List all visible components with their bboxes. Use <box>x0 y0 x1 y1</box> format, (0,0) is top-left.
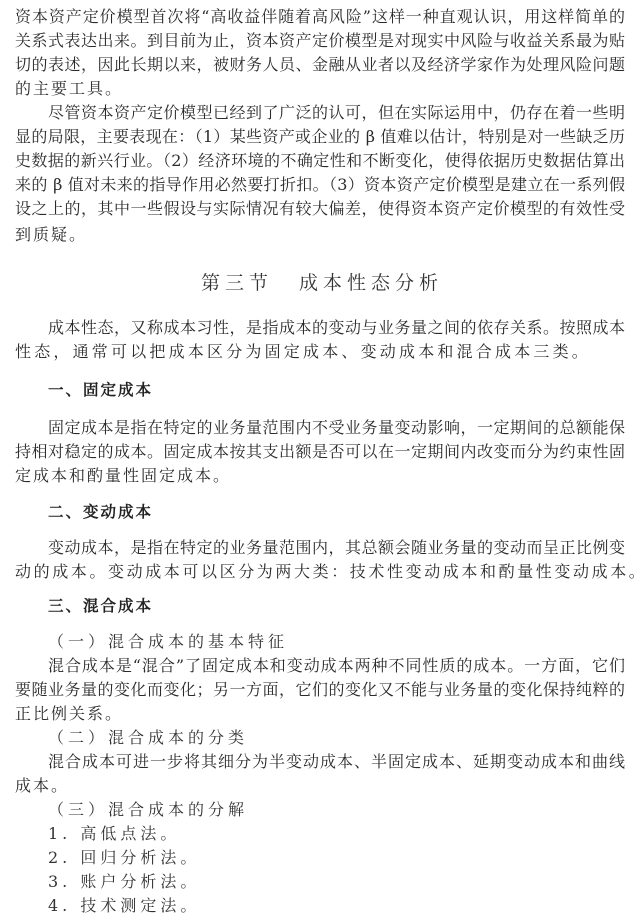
heading-variable-cost: 二、变动成本 <box>48 500 153 524</box>
text-line: 持相对稳定的成本。固定成本按其支出额是否可以在一定期间内改变而分为约束性固 <box>15 440 625 464</box>
text-line: 显的局限，主要表现在：（1）某些资产或企业的 β 值难以估计，特别是对一些缺乏历 <box>15 125 625 149</box>
text-line: 关系式表达出来。到目前为止，资本资产定价模型是对现实中风险与收益关系最为贴 <box>15 29 625 53</box>
text-line: 成本。 <box>15 774 625 798</box>
text-line: 来的 β 值对未来的指导作用必然要打折扣。（3）资本资产定价模型是建立在一系列假 <box>15 173 625 197</box>
text-line: 定成本和酌量性固定成本。 <box>15 464 625 488</box>
text-line: 混合成本是“混合”了固定成本和变动成本两种不同性质的成本。一方面，它们 <box>48 654 625 678</box>
text-line: 的主要工具。 <box>15 77 625 101</box>
list-item: 4. 技术测定法。 <box>48 894 200 915</box>
text-line: 成本性态，又称成本习性，是指成本的变动与业务量之间的依存关系。按照成本 <box>48 316 625 340</box>
text-line: 混合成本可进一步将其细分为半变动成本、半固定成本、延期变动成本和曲线 <box>48 750 625 774</box>
text-line: 设之上的，其中一些假设与实际情况有较大偏差，使得资本资产定价模型的有效性受 <box>15 197 625 221</box>
document-page: 资本资产定价模型首次将“高收益伴随着高风险”这样一种直观认识，用这样简单的 关系… <box>0 0 644 915</box>
subheading-mixed-features: （一）混合成本的基本特征 <box>48 630 288 654</box>
list-item: 3. 账户分析法。 <box>48 870 200 894</box>
heading-fixed-cost: 一、固定成本 <box>48 378 153 402</box>
heading-mixed-cost: 三、混合成本 <box>48 594 153 618</box>
text-line: 性态，通常可以把成本区分为固定成本、变动成本和混合成本三类。 <box>15 340 625 364</box>
section-number: 第三节 <box>201 272 273 294</box>
subheading-mixed-types: （二）混合成本的分类 <box>48 726 248 750</box>
text-line: 变动成本，是指在特定的业务量范围内，其总额会随业务量的变动而呈正比例变 <box>48 536 625 560</box>
text-line: 史数据的新兴行业。（2）经济环境的不确定性和不断变化，使得依据历史数据估算出 <box>15 149 625 173</box>
section-title: 第三节成本性态分析 <box>0 268 644 298</box>
list-item: 2. 回归分析法。 <box>48 846 200 870</box>
text-line: 固定成本是指在特定的业务量范围内不受业务量变动影响，一定期间的总额能保 <box>48 416 625 440</box>
section-name: 成本性态分析 <box>299 272 443 294</box>
text-line: 切的表述，因此长期以来，被财务人员、金融从业者以及经济学家作为处理风险问题 <box>15 53 625 77</box>
list-item: 1. 高低点法。 <box>48 822 180 846</box>
text-line: 到质疑。 <box>15 223 625 247</box>
text-line: 正比例关系。 <box>15 702 625 726</box>
text-line: 资本资产定价模型首次将“高收益伴随着高风险”这样一种直观认识，用这样简单的 <box>15 5 625 29</box>
text-line: 动的成本。变动成本可以区分为两大类：技术性变动成本和酌量性变动成本。 <box>15 560 625 584</box>
subheading-mixed-decomposition: （三）混合成本的分解 <box>48 798 248 822</box>
text-line: 要随业务量的变化而变化；另一方面，它们的变化又不能与业务量的变化保持纯粹的 <box>15 678 625 702</box>
text-line: 尽管资本资产定价模型已经到了广泛的认可，但在实际运用中，仍存在着一些明 <box>48 101 625 125</box>
